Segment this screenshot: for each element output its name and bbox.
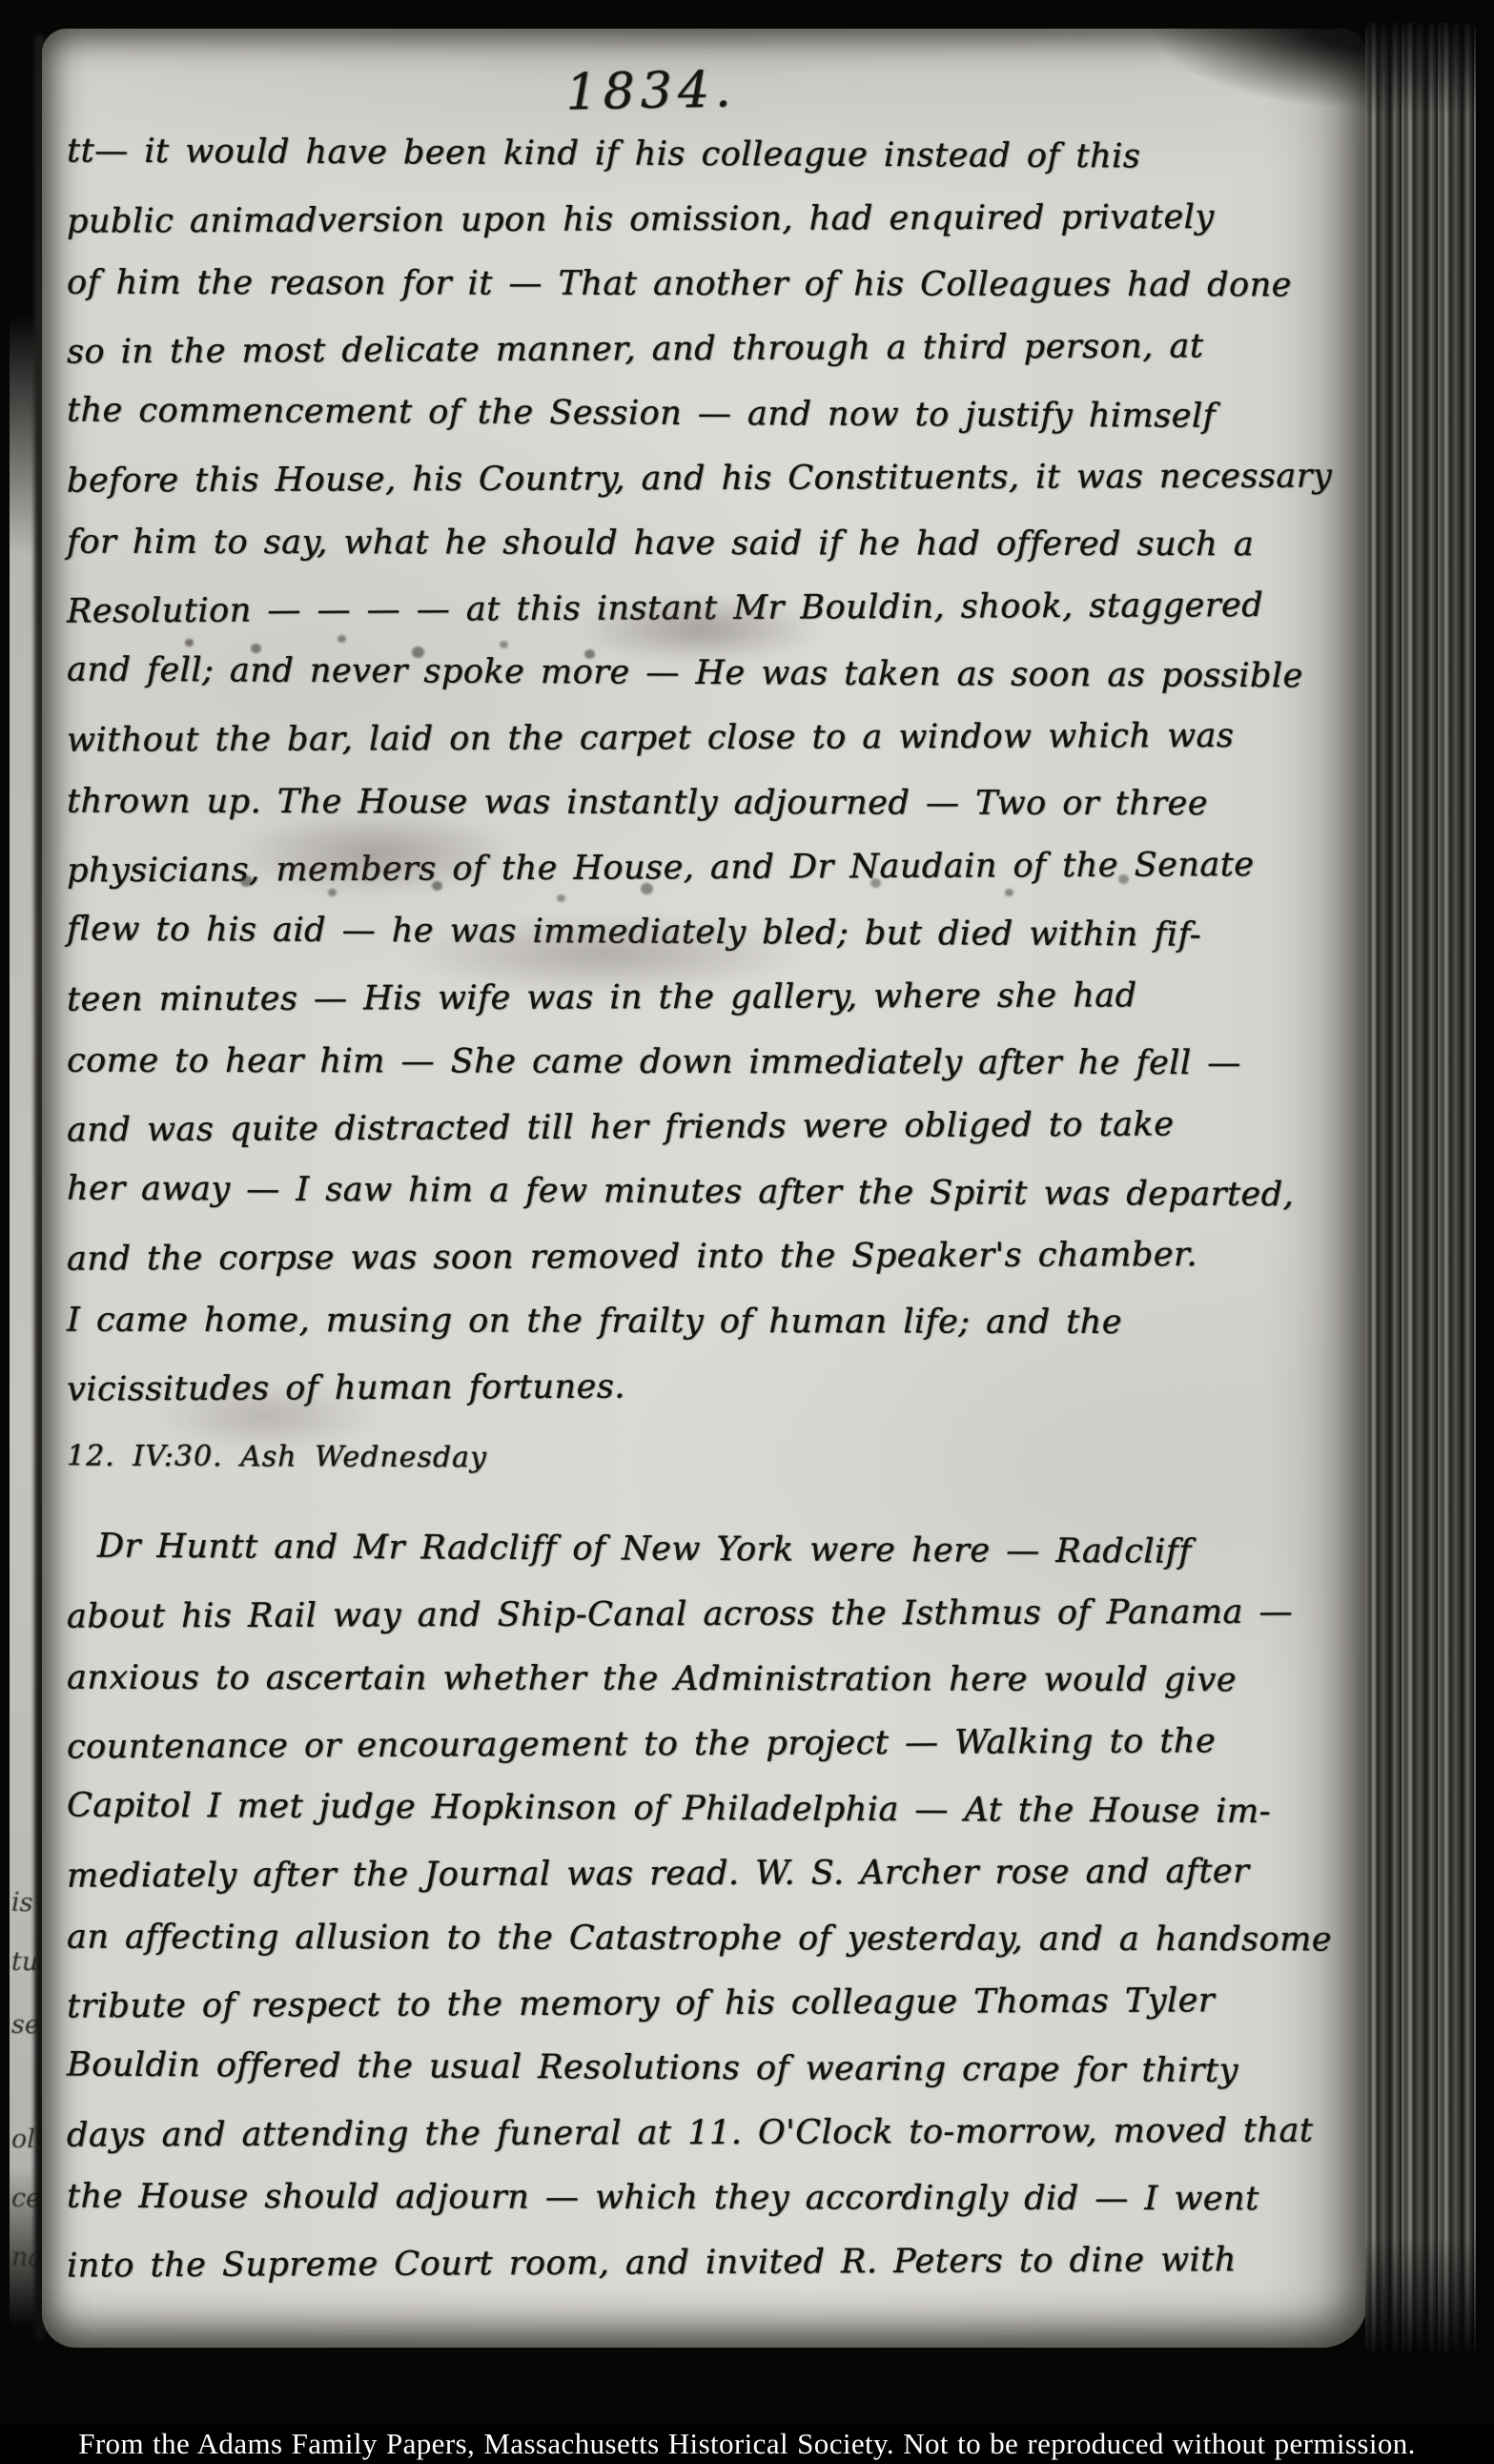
manuscript-line: mediately after the Journal was read. W.… (67, 1838, 1350, 1908)
manuscript-line: the House should adjourn — which they ac… (67, 2165, 1350, 2232)
manuscript-line: public animadversion upon his omission, … (67, 184, 1350, 254)
diary-entry-feb-11: tt— it would have been kind if his colle… (67, 122, 1350, 1419)
manuscript-line: into the Supreme Court room, and invited… (67, 2227, 1350, 2298)
manuscript-line: tt— it would have been kind if his colle… (67, 118, 1350, 190)
manuscript-line: of him the reason for it — That another … (67, 251, 1350, 318)
ink-bleedthrough-specks (185, 639, 194, 647)
facing-page-text-fragment: is (11, 1888, 33, 1918)
manuscript-line: about his Rail way and Ship-Canal across… (67, 1579, 1350, 1649)
manuscript-line: an affecting allusion to the Catastrophe… (67, 1905, 1350, 1973)
manuscript-line: Bouldin offered the usual Resolutions of… (67, 2032, 1350, 2104)
manuscript-line: Resolution — — — — at this instant Mr Bo… (67, 572, 1350, 644)
manuscript-line: Dr Huntt and Mr Radcliff of New York wer… (67, 1513, 1350, 1585)
manuscript-line: and the corpse was soon removed into the… (67, 1222, 1350, 1291)
manuscript-line: I came home, musing on the frailty of hu… (67, 1288, 1350, 1356)
manuscript-line: and fell; and never spoke more — He was … (67, 637, 1350, 708)
attribution-text: From the Adams Family Papers, Massachuse… (78, 2427, 1416, 2461)
manuscript-line: so in the most delicate manner, and thro… (67, 313, 1350, 384)
manuscript-line: and was quite distracted till her friend… (67, 1091, 1350, 1162)
attribution-bar: From the Adams Family Papers, Massachuse… (0, 2424, 1494, 2464)
scan-border-right (1476, 0, 1494, 2464)
manuscript-line: thrown up. The House was instantly adjou… (67, 770, 1350, 837)
scanned-diary-photograph: is tu se ol ce nal 1834. tt— it would ha… (0, 0, 1494, 2464)
book-fore-edge-pages (1365, 23, 1480, 2353)
manuscript-line: her away — I saw him a few minutes after… (67, 1156, 1350, 1227)
manuscript-line: Capitol I met judge Hopkinson of Philade… (67, 1773, 1350, 1844)
manuscript-line: physicians, members of the House, and Dr… (67, 832, 1350, 903)
manuscript-page: 1834. tt— it would have been kind if his… (42, 29, 1367, 2348)
manuscript-line: flew to his aid — he was immediately ble… (67, 896, 1350, 968)
manuscript-line: countenance or encouragement to the proj… (67, 1708, 1350, 1779)
facing-page-text-fragment: ol (11, 2125, 35, 2154)
manuscript-line: before this House, his Country, and his … (67, 443, 1350, 513)
manuscript-line: the commencement of the Session — and no… (67, 378, 1350, 449)
manuscript-line: without the bar, laid on the carpet clos… (67, 703, 1350, 772)
manuscript-line: vicissitudes of human fortunes. (67, 1350, 1350, 1422)
manuscript-line: anxious to ascertain whether the Adminis… (67, 1646, 1350, 1714)
manuscript-line: for him to say, what he should have said… (67, 510, 1350, 578)
diary-entry-feb-12: Dr Huntt and Mr Radcliff of New York wer… (67, 1517, 1350, 2295)
manuscript-line: tribute of respect to the memory of his … (67, 1967, 1350, 2039)
entry-date-heading: 12. IV:30. Ash Wednesday (67, 1428, 1350, 1489)
manuscript-line: days and attending the funeral at 11. O'… (67, 2098, 1350, 2167)
manuscript-line: teen minutes — His wife was in the galle… (67, 962, 1350, 1032)
manuscript-line: come to hear him — She came down immedia… (67, 1029, 1350, 1097)
